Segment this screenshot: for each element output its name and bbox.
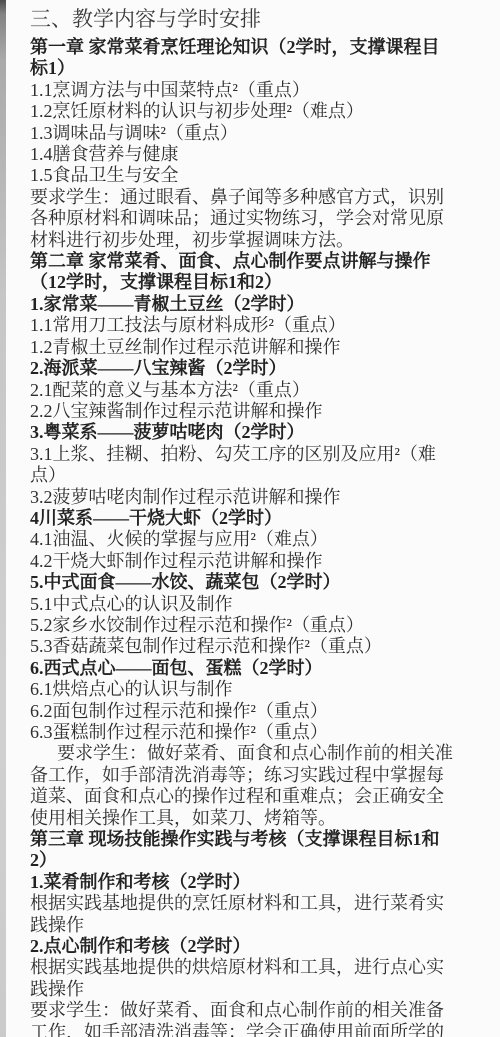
paragraph-22: 5.1中式点心的认识及制作 (30, 594, 454, 615)
paragraph-9: 1.家常菜——青椒土豆丝（2学时） (30, 294, 454, 315)
paragraph-1: 第一章 家常菜肴烹饪理论知识（2学时，支撑课程目标1） (30, 37, 454, 80)
paragraph-30: 第三章 现场技能操作实践与考核（支撑课程目标1和2） (30, 829, 454, 872)
paragraph-35: 要求学生：做好菜肴、面食和点心制作前的相关准备工作，如手部清洗消毒等；学会正确使… (30, 1000, 454, 1037)
page-left-edge-shadow (0, 0, 6, 1037)
paragraph-17: 3.2菠萝咕咾肉制作过程示范讲解和操作 (30, 487, 454, 508)
paragraph-12: 2.海派菜——八宝辣酱（2学时） (30, 358, 454, 379)
paragraph-20: 4.2干烧大虾制作过程示范讲解和操作 (30, 551, 454, 572)
paragraph-31: 1.菜肴制作和考核（2学时） (30, 872, 454, 893)
paragraph-15: 3.粤菜系——菠萝咕咾肉（2学时） (30, 422, 454, 443)
paragraph-29: 要求学生：做好菜肴、面食和点心制作前的相关准备工作，如手部清洗消毒等；练习实践过… (30, 743, 454, 829)
paragraph-32: 根据实践基地提供的烹饪原材料和工具，进行菜肴实践操作 (30, 893, 454, 936)
paragraph-19: 4.1油温、火候的掌握与应用²（难点） (30, 529, 454, 550)
document-content: 第一章 家常菜肴烹饪理论知识（2学时，支撑课程目标1）1.1烹调方法与中国菜特点… (30, 37, 454, 1037)
paragraph-33: 2.点心制作和考核（2学时） (30, 936, 454, 957)
paragraph-4: 1.3调味品与调味²（重点） (30, 123, 454, 144)
document-page: 三、教学内容与学时安排 第一章 家常菜肴烹饪理论知识（2学时，支撑课程目标1）1… (30, 6, 454, 1037)
paragraph-21: 5.中式面食——水饺、蔬菜包（2学时） (30, 572, 454, 593)
paragraph-10: 1.1常用刀工技法与原材料成形²（重点） (30, 315, 454, 336)
paragraph-26: 6.1烘焙点心的认识与制作 (30, 679, 454, 700)
paragraph-3: 1.2烹饪原材料的认识与初步处理²（难点） (30, 101, 454, 122)
paragraph-25: 6.西式点心——面包、蛋糕（2学时） (30, 658, 454, 679)
paragraph-8: 第二章 家常菜肴、面食、点心制作要点讲解与操作（12学时，支撑课程目标1和2） (30, 251, 454, 294)
paragraph-2: 1.1烹调方法与中国菜特点²（重点） (30, 80, 454, 101)
paragraph-27: 6.2面包制作过程示范和操作²（重点） (30, 701, 454, 722)
paragraph-14: 2.2八宝辣酱制作过程示范讲解和操作 (30, 401, 454, 422)
paragraph-23: 5.2家乡水饺制作过程示范和操作²（重点） (30, 615, 454, 636)
paragraph-16: 3.1上浆、挂糊、拍粉、勾芡工序的区别及应用²（难点） (30, 444, 454, 487)
document-title: 三、教学内容与学时安排 (30, 6, 454, 33)
paragraph-13: 2.1配菜的意义与基本方法²（重点） (30, 380, 454, 401)
paragraph-34: 根据实践基地提供的烘焙原材料和工具，进行点心实践操作 (30, 957, 454, 1000)
paragraph-11: 1.2青椒土豆丝制作过程示范讲解和操作 (30, 337, 454, 358)
paragraph-24: 5.3香菇蔬菜包制作过程示范和操作²（重点） (30, 636, 454, 657)
paragraph-6: 1.5食品卫生与安全 (30, 165, 454, 186)
paragraph-7: 要求学生：通过眼看、鼻子闻等多种感官方式，识别各种原材料和调味品；通过实物练习，… (30, 187, 454, 251)
paragraph-18: 4川菜系——干烧大虾（2学时） (30, 508, 454, 529)
paragraph-5: 1.4膳食营养与健康 (30, 144, 454, 165)
paragraph-28: 6.3蛋糕制作过程示范和操作²（重点） (30, 722, 454, 743)
